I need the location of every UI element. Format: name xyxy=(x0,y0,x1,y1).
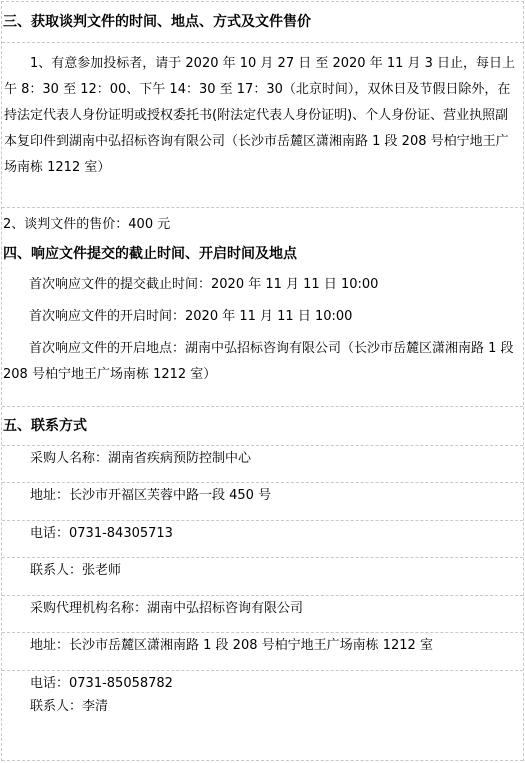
purchaser-address-row: 地址：长沙市开福区芙蓉中路一段 450 号 xyxy=(2,483,523,521)
purchaser-contact: 联系人：张老师 xyxy=(30,561,121,581)
agency-address-row: 地址：长沙市岳麓区潇湘南路 1 段 208 号柏宁地王广场南栋 1212 室 xyxy=(2,633,523,671)
purchaser-contact-row: 联系人：张老师 xyxy=(2,558,523,596)
purchaser-address: 地址：长沙市开福区芙蓉中路一段 450 号 xyxy=(30,486,271,506)
section3-item1-row: 1、有意参加投标者，请于 2020 年 10 月 27 日 至 2020 年 1… xyxy=(2,43,523,208)
section4-deadline: 首次响应文件的提交截止时间：2020 年 11 月 11 日 10:00 xyxy=(29,275,378,295)
purchaser-phone-row: 电话：0731-84305713 xyxy=(2,521,523,558)
section3-item1-text: 1、有意参加投标者，请于 2020 年 10 月 27 日 至 2020 年 1… xyxy=(2,43,523,181)
agency-contact-block: 电话：0731-85058782 联系人：李清 xyxy=(2,671,523,761)
agency-address: 地址：长沙市岳麓区潇湘南路 1 段 208 号柏宁地王广场南栋 1212 室 xyxy=(30,636,433,656)
agency-phone: 电话：0731-85058782 xyxy=(30,674,173,694)
purchaser-phone: 电话：0731-84305713 xyxy=(30,524,173,544)
section5-heading-row: 五、联系方式 xyxy=(2,407,523,446)
section4-opening-place: 首次响应文件的开启地点：湖南中弘招标咨询有限公司（长沙市岳麓区潇湘南路 1 段 … xyxy=(2,336,522,388)
agency-name-row: 采购代理机构名称：湖南中弘招标咨询有限公司 xyxy=(2,596,523,633)
section4-opening-time: 首次响应文件的开启时间：2020 年 11 月 11 日 10:00 xyxy=(29,307,352,327)
tender-notice-table: 三、获取谈判文件的时间、地点、方式及文件售价 1、有意参加投标者，请于 2020… xyxy=(1,1,524,761)
section3-item2-text: 2、谈判文件的售价：400 元 xyxy=(3,215,170,235)
section3-item2-section4-block: 2、谈判文件的售价：400 元 四、响应文件提交的截止时间、开启时间及地点 首次… xyxy=(2,208,523,406)
section4-heading: 四、响应文件提交的截止时间、开启时间及地点 xyxy=(2,244,297,264)
section5-heading: 五、联系方式 xyxy=(2,407,523,436)
section3-heading-row: 三、获取谈判文件的时间、地点、方式及文件售价 xyxy=(2,2,523,43)
section3-heading: 三、获取谈判文件的时间、地点、方式及文件售价 xyxy=(2,2,523,32)
purchaser-name: 采购人名称：湖南省疾病预防控制中心 xyxy=(30,449,251,469)
purchaser-name-row: 采购人名称：湖南省疾病预防控制中心 xyxy=(2,446,523,483)
agency-contact: 联系人：李清 xyxy=(30,697,108,717)
agency-name: 采购代理机构名称：湖南中弘招标咨询有限公司 xyxy=(30,599,303,619)
